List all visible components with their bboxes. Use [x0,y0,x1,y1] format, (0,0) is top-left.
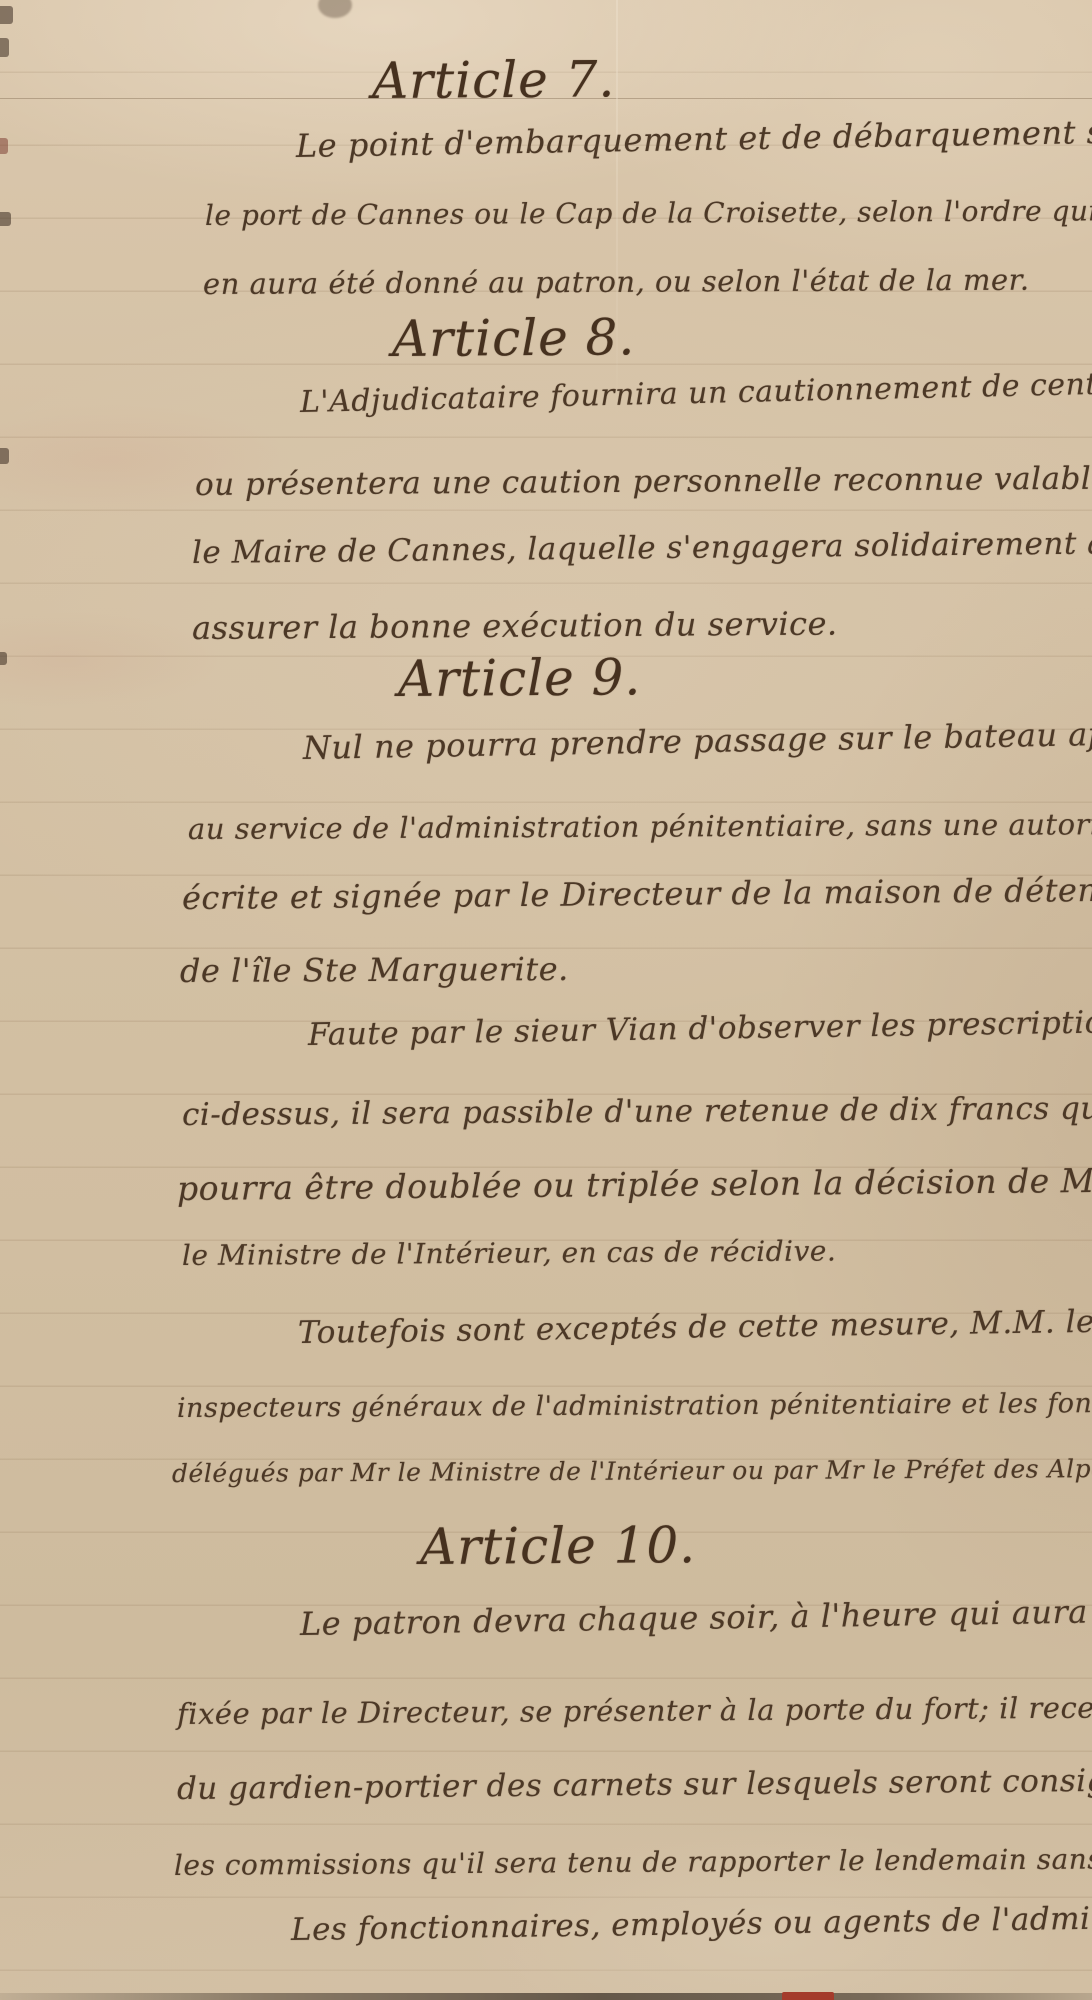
article-9-heading: Article 9. [398,648,642,708]
manuscript-line: assurer la bonne exécution du service. [192,605,838,646]
manuscript-line: fixée par le Directeur, se présenter à l… [177,1691,1092,1731]
manuscript-line: le Ministre de l'Intérieur, en cas de ré… [182,1235,837,1272]
manuscript-line: Le patron devra chaque soir, à l'heure q… [300,1593,1092,1643]
manuscript-line: Le point d'embarquement et de débarqueme… [296,113,1092,165]
left-edge-mark [0,6,13,24]
manuscript-line: inspecteurs généraux de l'administration… [177,1388,1092,1424]
manuscript-line: pourra être doublée ou triplée selon la … [177,1162,1092,1208]
bottom-edge-shadow [0,1993,1092,2000]
left-edge-mark [0,138,8,154]
manuscript-line: au service de l'administration pénitenti… [188,808,1092,847]
manuscript-line: le Maire de Cannes, laquelle s'engagera … [192,526,1092,571]
left-edge-mark [0,212,11,226]
manuscript-line: L'Adjudicataire fournira un cautionnemen… [300,365,1092,420]
manuscript-line: délégués par Mr le Ministre de l'Intérie… [172,1455,1092,1489]
manuscript-line: les commissions qu'il sera tenu de rappo… [174,1843,1092,1882]
manuscript-page: Article 7. Le point d'embarquement et de… [0,0,1092,2000]
manuscript-line: du gardien-portier des carnets sur lesqu… [177,1763,1092,1807]
ink-smudge [318,0,352,18]
article-7-heading: Article 7. [372,50,616,110]
left-edge-mark [0,448,9,464]
manuscript-line: écrite et signée par le Directeur de la … [182,871,1092,916]
left-edge-mark [0,652,7,665]
manuscript-line: le port de Cannes ou le Cap de la Croise… [205,195,1092,232]
left-edge-mark [0,38,9,57]
manuscript-line: ou présentera une caution personnelle re… [195,461,1092,504]
manuscript-line: ci-dessus, il sera passible d'une retenu… [182,1092,1092,1134]
bottom-red-mark [782,1992,834,2000]
manuscript-line: Les fonctionnaires, employés ou agents d… [291,1901,1092,1949]
manuscript-line: Toutefois sont exceptés de cette mesure,… [298,1305,1092,1352]
article-10-heading: Article 10. [420,1516,696,1576]
article-8-heading: Article 8. [392,308,636,368]
manuscript-line: Nul ne pourra prendre passage sur le bat… [303,715,1092,767]
manuscript-line: Faute par le sieur Vian d'observer les p… [308,1005,1092,1054]
manuscript-line: de l'île Ste Marguerite. [180,951,569,990]
manuscript-line: en aura été donné au patron, ou selon l'… [203,264,1030,302]
